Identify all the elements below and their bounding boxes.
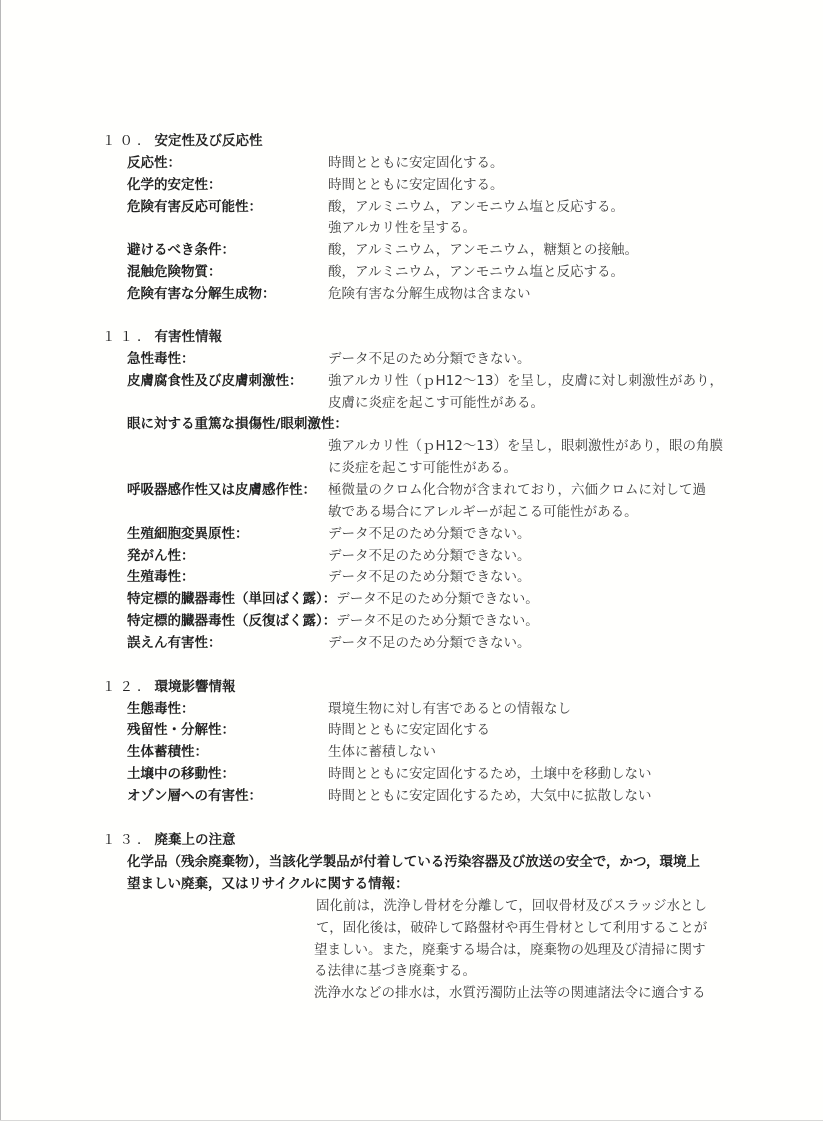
disposal-body-line: る法律に基づき廃棄する。	[314, 961, 476, 983]
property-label: 混触危険物質：	[127, 262, 222, 284]
section-title: 廃棄上の注意	[155, 832, 236, 848]
property-label: 残留性・分解性：	[127, 720, 235, 742]
property-label: 避けるべき条件：	[127, 240, 235, 262]
property-value: 時間とともに安定固化する。	[328, 153, 504, 175]
property-value: 敏である場合にアレルギーが起こる可能性がある。	[328, 502, 638, 524]
disposal-body-line: て，固化後は，破砕して路盤材や再生骨材として利用することが	[316, 918, 707, 940]
property-value: データ不足のため分類できない。	[328, 524, 531, 546]
property-value: データ不足のため分類できない。	[328, 546, 531, 568]
property-value: データ不足のため分類できない。	[328, 633, 531, 655]
property-value: データ不足のため分類できない。	[336, 591, 539, 607]
property-label: 誤えん有害性：	[127, 633, 222, 655]
property-value: データ不足のため分類できない。	[328, 349, 531, 371]
section-number: １１．	[102, 329, 155, 345]
property-label: 生殖毒性：	[127, 567, 195, 589]
disposal-intro-line: 化学品（残余廃棄物），当該化学製品が付着している汚染容器及び放送の安全で，かつ，…	[127, 852, 700, 874]
property-value: 極微量のクロム化合物が含まれており，六価クロムに対して過	[328, 480, 706, 502]
property-label: 眼に対する重篤な損傷性/眼刺激性：	[127, 414, 348, 436]
section-number: １０．	[102, 133, 155, 149]
property-value: 時間とともに安定固化するため，土壌中を移動しない	[328, 764, 651, 786]
property-label: 土壌中の移動性：	[127, 764, 235, 786]
disposal-body-line: 固化前は，洗浄し骨材を分離して，回収骨材及びスラッジ水とし	[316, 896, 707, 918]
property-value: 酸，アルミニウム，アンモニウム塩と反応する。	[328, 197, 624, 219]
section-number: １３．	[102, 832, 155, 848]
property-label: 特定標的臓器毒性（反復ばく露）：データ不足のため分類できない。	[127, 611, 539, 633]
section-number: １２．	[102, 679, 155, 695]
property-value: 時間とともに安定固化する	[328, 720, 490, 742]
property-label: 急性毒性：	[127, 349, 195, 371]
property-label: オゾン層への有害性：	[127, 786, 262, 808]
property-label: 反応性：	[127, 153, 181, 175]
property-label: 化学的安定性：	[127, 175, 222, 197]
property-label: 生体蓄積性：	[127, 742, 208, 764]
property-value: データ不足のため分類できない。	[328, 567, 531, 589]
property-value: 時間とともに安定固化する。	[328, 175, 504, 197]
section-12-heading: １２．環境影響情報	[102, 677, 236, 699]
property-value: 環境生物に対し有害であるとの情報なし	[328, 699, 571, 721]
property-value: 時間とともに安定固化するため，大気中に拡散しない	[328, 786, 651, 808]
disposal-intro-line: 望ましい廃棄，又はリサイクルに関する情報：	[127, 874, 409, 896]
property-value: 生体に蓄積しない	[328, 742, 436, 764]
section-title: 有害性情報	[155, 329, 223, 345]
section-title: 環境影響情報	[155, 679, 236, 695]
property-label: 特定標的臓器毒性（単回ばく露）：データ不足のため分類できない。	[127, 589, 539, 611]
property-value: データ不足のため分類できない。	[336, 613, 539, 629]
property-value: 強アルカリ性（ｐH12～13）を呈し，皮膚に対し刺激性があり，	[328, 371, 723, 393]
page-bottom-edge	[0, 1120, 823, 1121]
property-label: 呼吸器感作性又は皮膚感作性：	[127, 480, 316, 502]
section-11-heading: １１．有害性情報	[102, 327, 222, 349]
property-value: 危険有害な分解生成物は含まない	[328, 284, 531, 306]
disposal-body-line: 洗浄水などの排水は，水質汚濁防止法等の関連諸法令に適合する	[314, 983, 706, 1005]
property-value: 酸，アルミニウム，アンモニウム，糖類との接触。	[328, 240, 638, 262]
property-label: 皮膚腐食性及び皮膚刺激性：	[127, 371, 303, 393]
property-value: 酸，アルミニウム，アンモニウム塩と反応する。	[328, 262, 624, 284]
property-value: 強アルカリ性（ｐH12～13）を呈し，眼刺激性があり，眼の角膜	[328, 436, 723, 458]
property-value: 強アルカリ性を呈する。	[328, 218, 476, 240]
property-label: 危険有害な分解生成物：	[127, 284, 276, 306]
property-label-text: 特定標的臓器毒性（反復ばく露）：	[127, 613, 336, 629]
section-title: 安定性及び反応性	[155, 133, 263, 149]
property-value: 皮膚に炎症を起こす可能性がある。	[328, 393, 544, 415]
section-10-heading: １０．安定性及び反応性	[102, 131, 263, 153]
page-left-edge	[0, 0, 1, 1120]
property-label: 生殖細胞変異原性：	[127, 524, 249, 546]
property-label: 発がん性：	[127, 546, 195, 568]
property-label-text: 特定標的臓器毒性（単回ばく露）：	[127, 591, 336, 607]
property-label: 生態毒性：	[127, 699, 195, 721]
property-label: 危険有害反応可能性：	[127, 197, 262, 219]
property-value: に炎症を起こす可能性がある。	[328, 458, 517, 480]
section-13-heading: １３．廃棄上の注意	[102, 830, 236, 852]
disposal-body-line: 望ましい。また，廃棄する場合は，廃棄物の処理及び清掃に関す	[314, 940, 706, 962]
